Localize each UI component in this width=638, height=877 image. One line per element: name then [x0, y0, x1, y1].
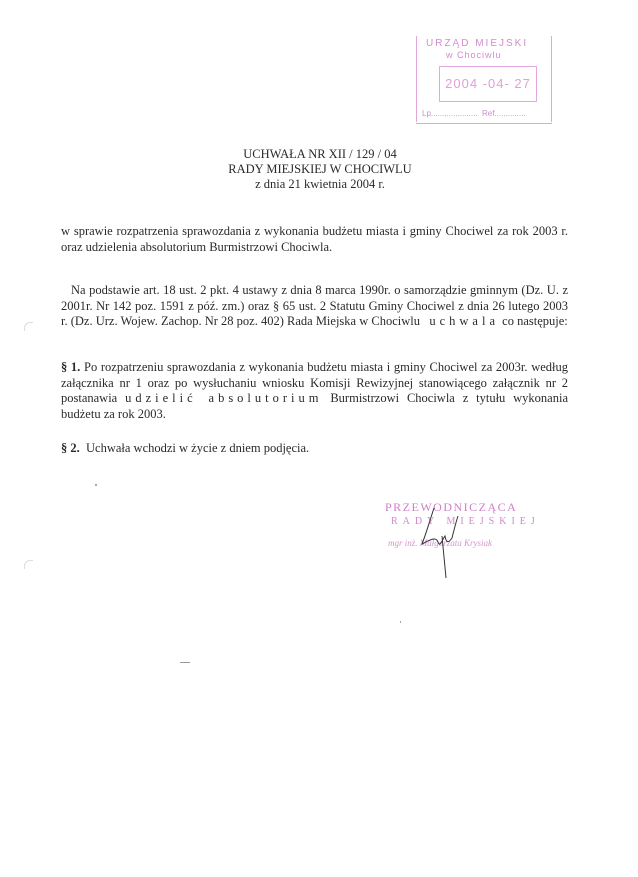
- section-2-mark: § 2.: [61, 441, 80, 455]
- section-2: § 2. Uchwała wchodzi w życie z dniem pod…: [61, 441, 568, 457]
- stamp-date-box: 2004 -04- 27: [439, 66, 537, 102]
- scan-speck: [400, 621, 401, 623]
- stamp-office-location: w Chociwlu: [446, 50, 502, 60]
- received-stamp: URZĄD MIEJSKI w Chociwlu 2004 -04- 27 Lp…: [416, 36, 552, 124]
- section-1: § 1. Po rozpatrzeniu sprawozdania z wyko…: [61, 360, 568, 422]
- stamp-ref-field: Ref..............: [482, 109, 526, 118]
- stamp-border-left: [416, 36, 417, 122]
- punch-hole-mark: [24, 560, 33, 569]
- legal-basis-ending: co następuje:: [502, 314, 568, 328]
- resolution-heading: UCHWAŁA NR XII / 129 / 04 RADY MIEJSKIEJ…: [180, 147, 460, 192]
- section-2-text: Uchwała wchodzi w życie z dniem podjęcia…: [86, 441, 309, 455]
- scan-speck: [95, 484, 97, 486]
- handwritten-signature-icon: [412, 500, 472, 580]
- legal-basis: Na podstawie art. 18 ust. 2 pkt. 4 ustaw…: [61, 283, 568, 330]
- resolution-number: UCHWAŁA NR XII / 129 / 04: [180, 147, 460, 162]
- stamp-received-date: 2004 -04- 27: [440, 76, 536, 91]
- resolution-date: z dnia 21 kwietnia 2004 r.: [180, 177, 460, 192]
- stamp-lp-field: Lp.....................: [422, 109, 478, 118]
- stamp-border-bottom: [416, 123, 552, 124]
- section-1-mark: § 1.: [61, 360, 80, 374]
- council-name: RADY MIEJSKIEJ W CHOCIWLU: [180, 162, 460, 177]
- resolves-word: uchwala: [429, 314, 499, 328]
- resolution-subject: w sprawie rozpatrzenia sprawozdania z wy…: [61, 224, 568, 255]
- scan-speck: [180, 662, 190, 663]
- punch-hole-mark: [24, 322, 33, 331]
- section-1-emphasis: udzielić absolutorium: [125, 391, 322, 405]
- stamp-office-name: URZĄD MIEJSKI: [426, 38, 528, 49]
- stamp-border-right: [551, 36, 552, 122]
